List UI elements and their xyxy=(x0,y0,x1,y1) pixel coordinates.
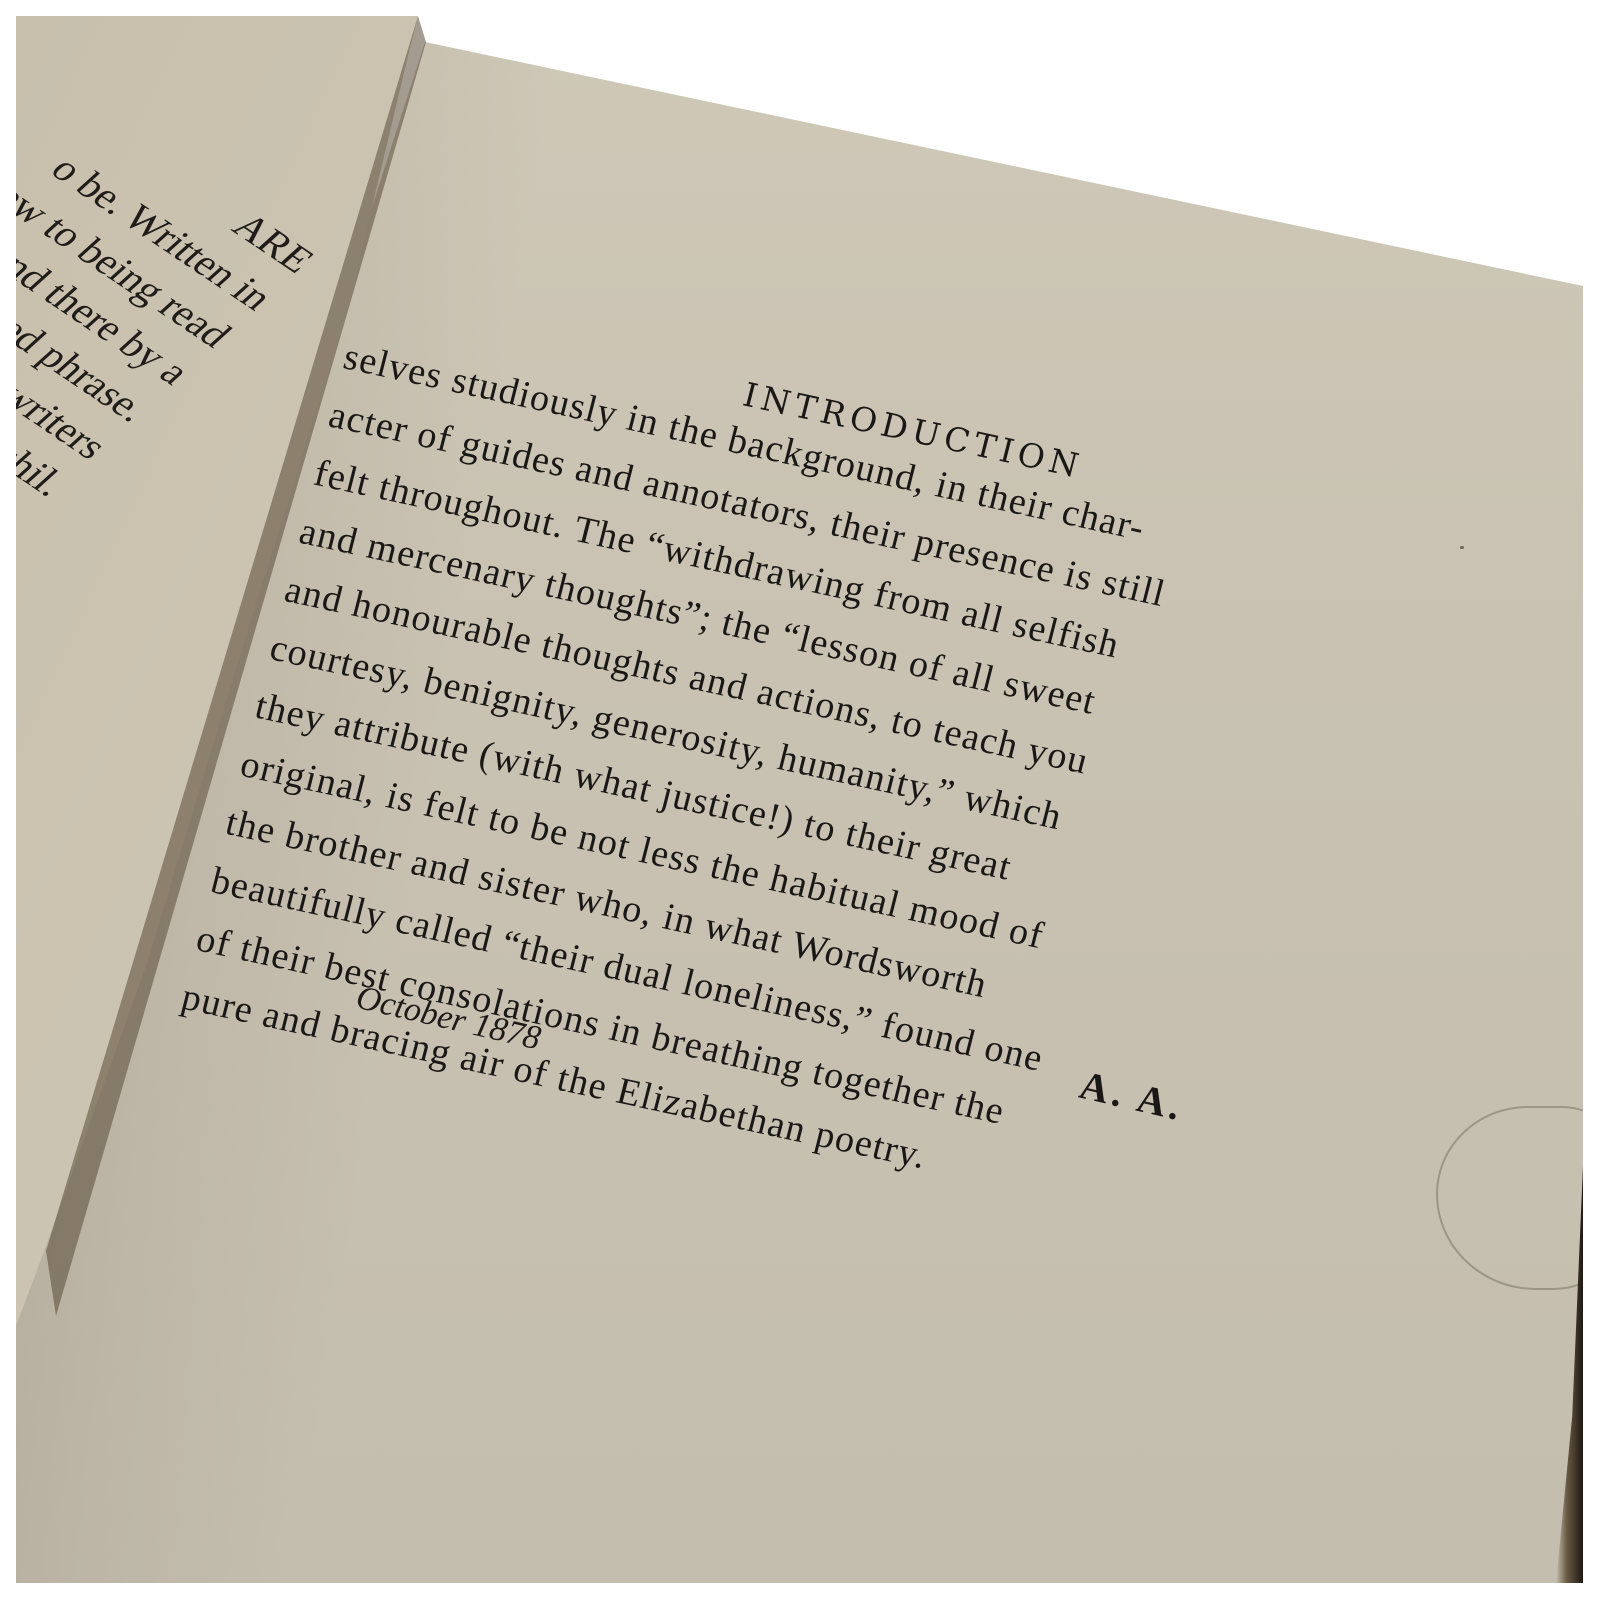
paper-speck xyxy=(1460,546,1464,549)
book-photo: ARE o be. Written in a view to being rea… xyxy=(16,16,1583,1583)
